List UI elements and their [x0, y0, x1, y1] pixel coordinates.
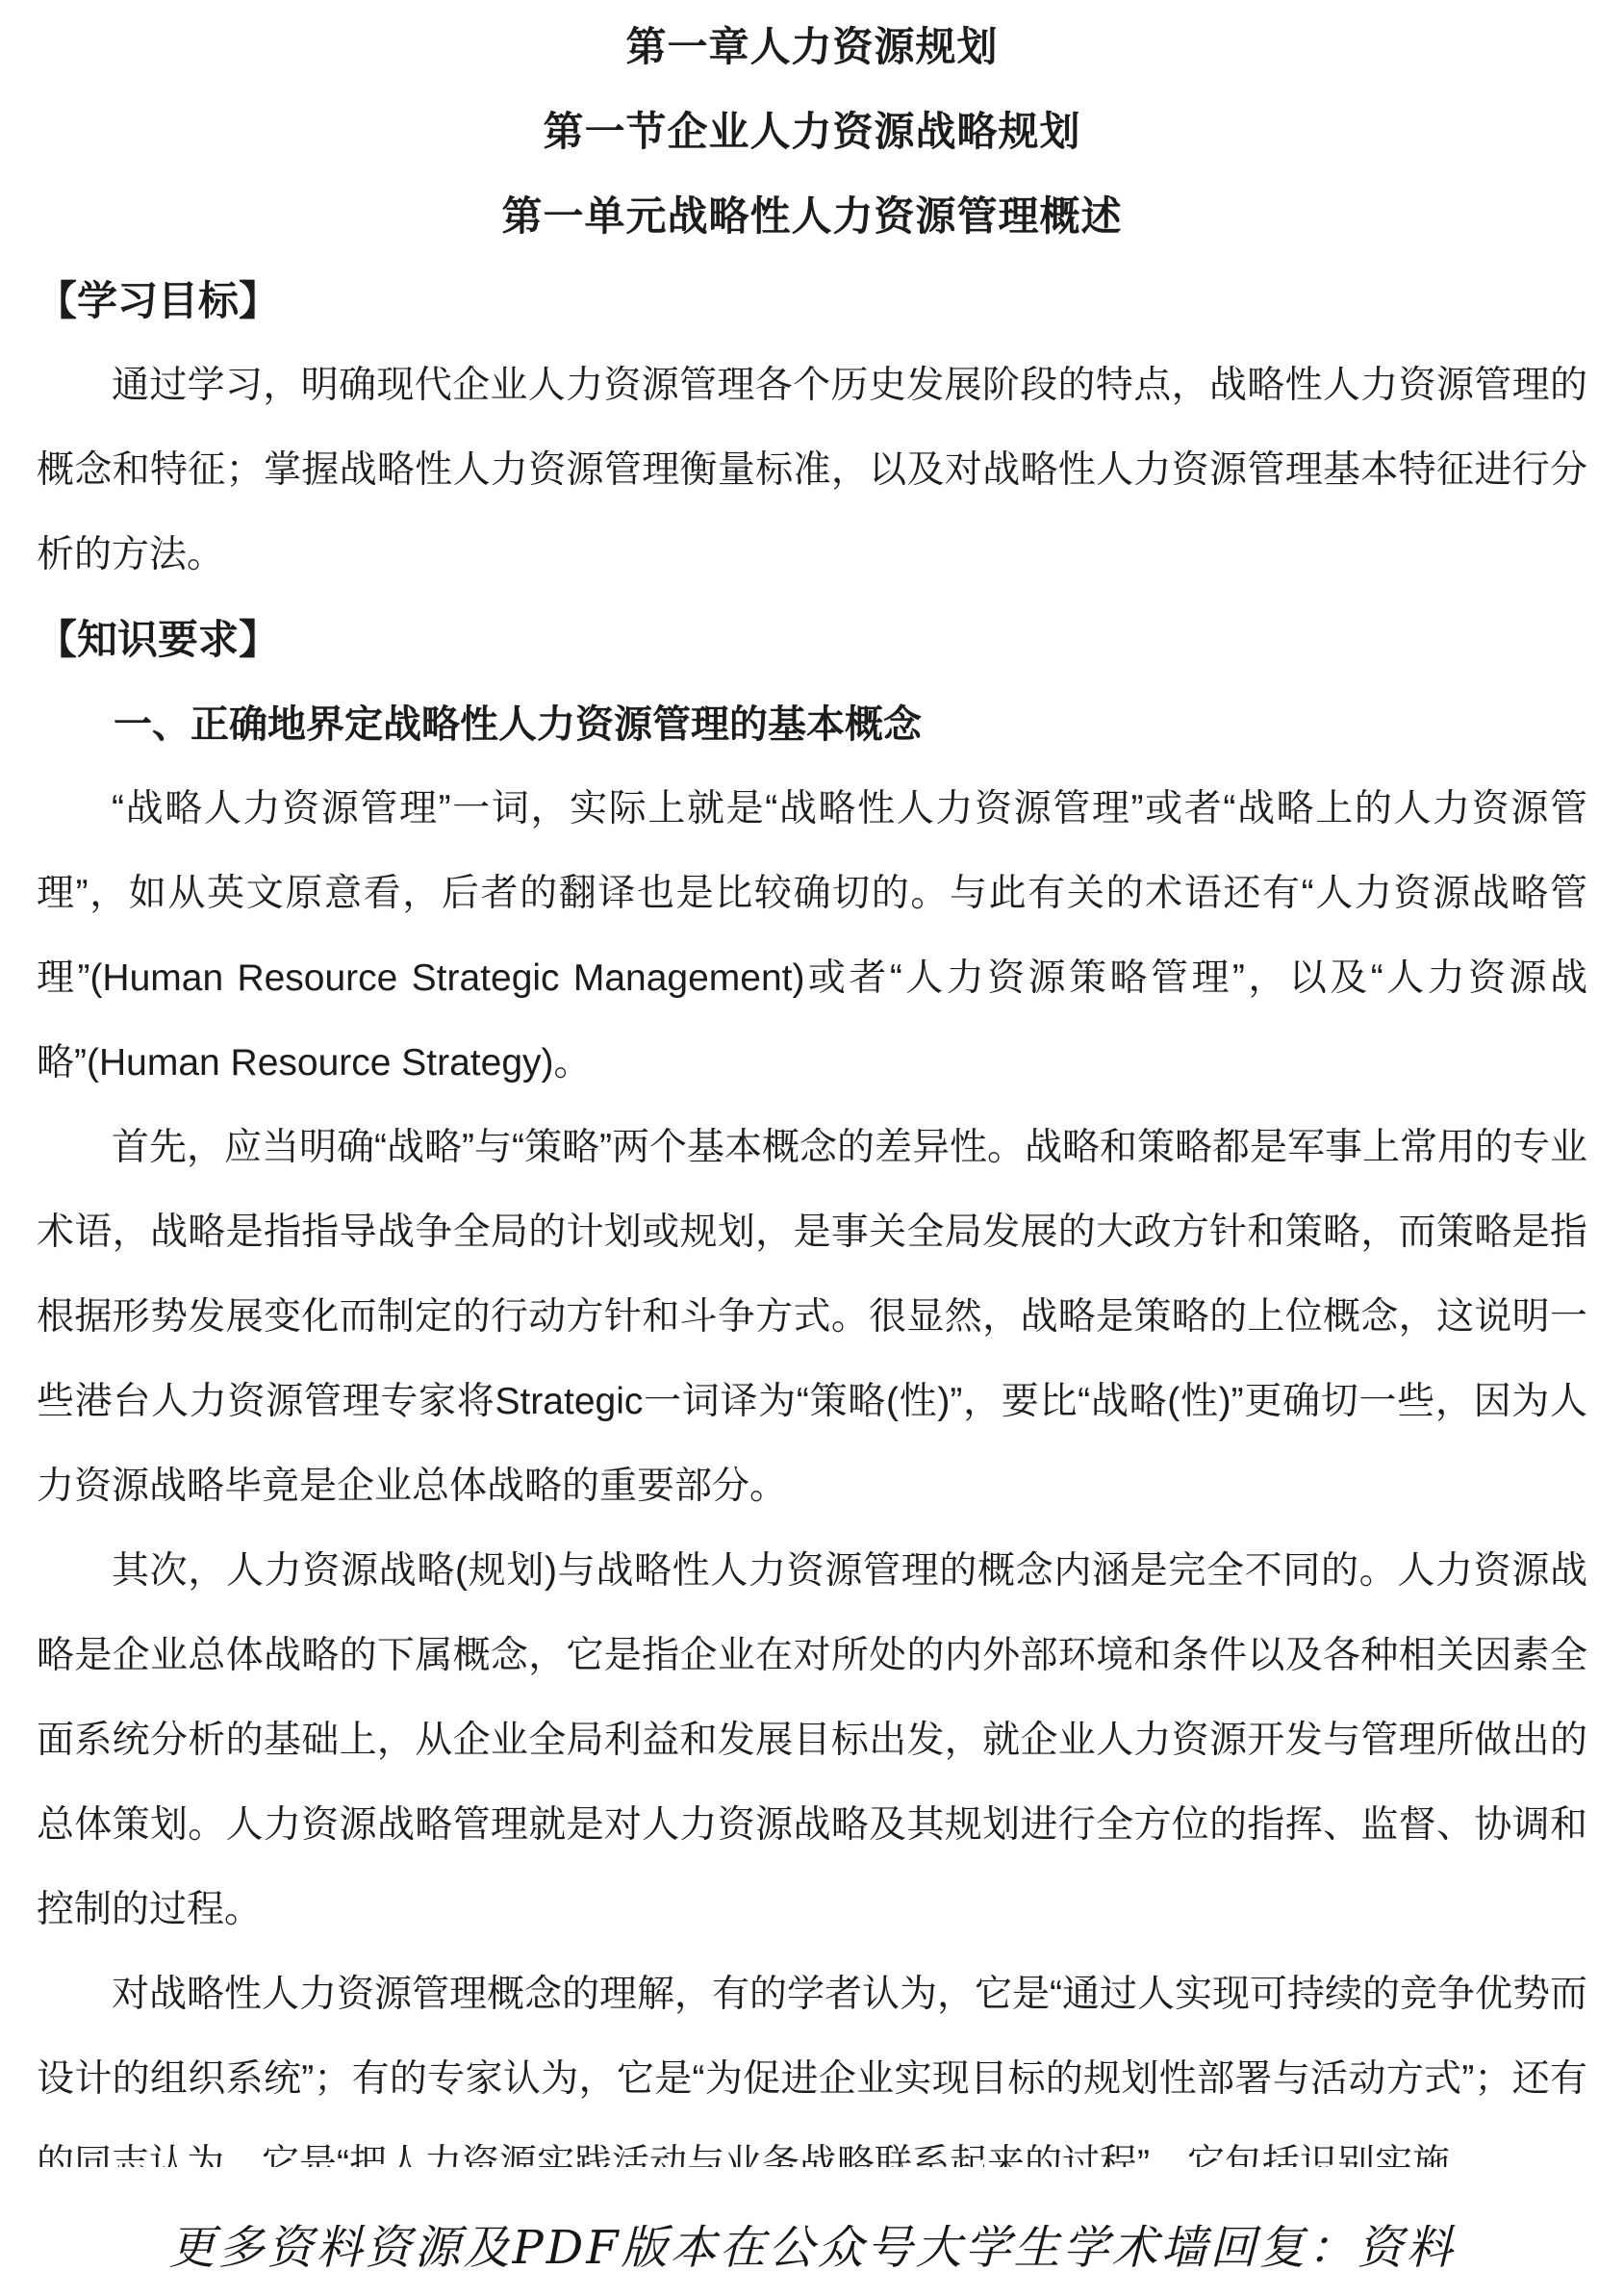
footer-watermark: 更多资料资源及PDF版本在公众号大学生学术墙回复：资料	[0, 2206, 1624, 2290]
chapter-title: 第一章人力资源规划	[37, 5, 1587, 89]
section-title: 第一节企业人力资源战略规划	[37, 89, 1587, 174]
paragraph: 对战略性人力资源管理概念的理解，有的学者认为，它是“通过人实现可持续的竞争优势而…	[37, 1952, 1587, 2167]
paragraph: 其次，人力资源战略(规划)与战略性人力资源管理的概念内涵是完全不同的。人力资源战…	[37, 1529, 1587, 1952]
unit-title: 第一单元战略性人力资源管理概述	[37, 174, 1587, 259]
sub-heading: 一、正确地界定战略性人力资源管理的基本概念	[37, 682, 1587, 767]
paragraph: 通过学习，明确现代企业人力资源管理各个历史发展阶段的特点，战略性人力资源管理的概…	[37, 344, 1587, 598]
page: { "page": { "titles": [ "第一章人力资源规划", "第一…	[0, 0, 1624, 2296]
section-label: 【学习目标】	[37, 259, 1587, 344]
paragraph: “战略人力资源管理”一词，实际上就是“战略性人力资源管理”或者“战略上的人力资源…	[37, 767, 1587, 1106]
section-label: 【知识要求】	[37, 598, 1587, 682]
paragraph: 首先，应当明确“战略”与“策略”两个基本概念的差异性。战略和策略都是军事上常用的…	[37, 1106, 1587, 1529]
document-content: 第一章人力资源规划 第一节企业人力资源战略规划 第一单元战略性人力资源管理概述 …	[37, 0, 1587, 2167]
document-body: 【学习目标】通过学习，明确现代企业人力资源管理各个历史发展阶段的特点，战略性人力…	[37, 259, 1587, 2167]
